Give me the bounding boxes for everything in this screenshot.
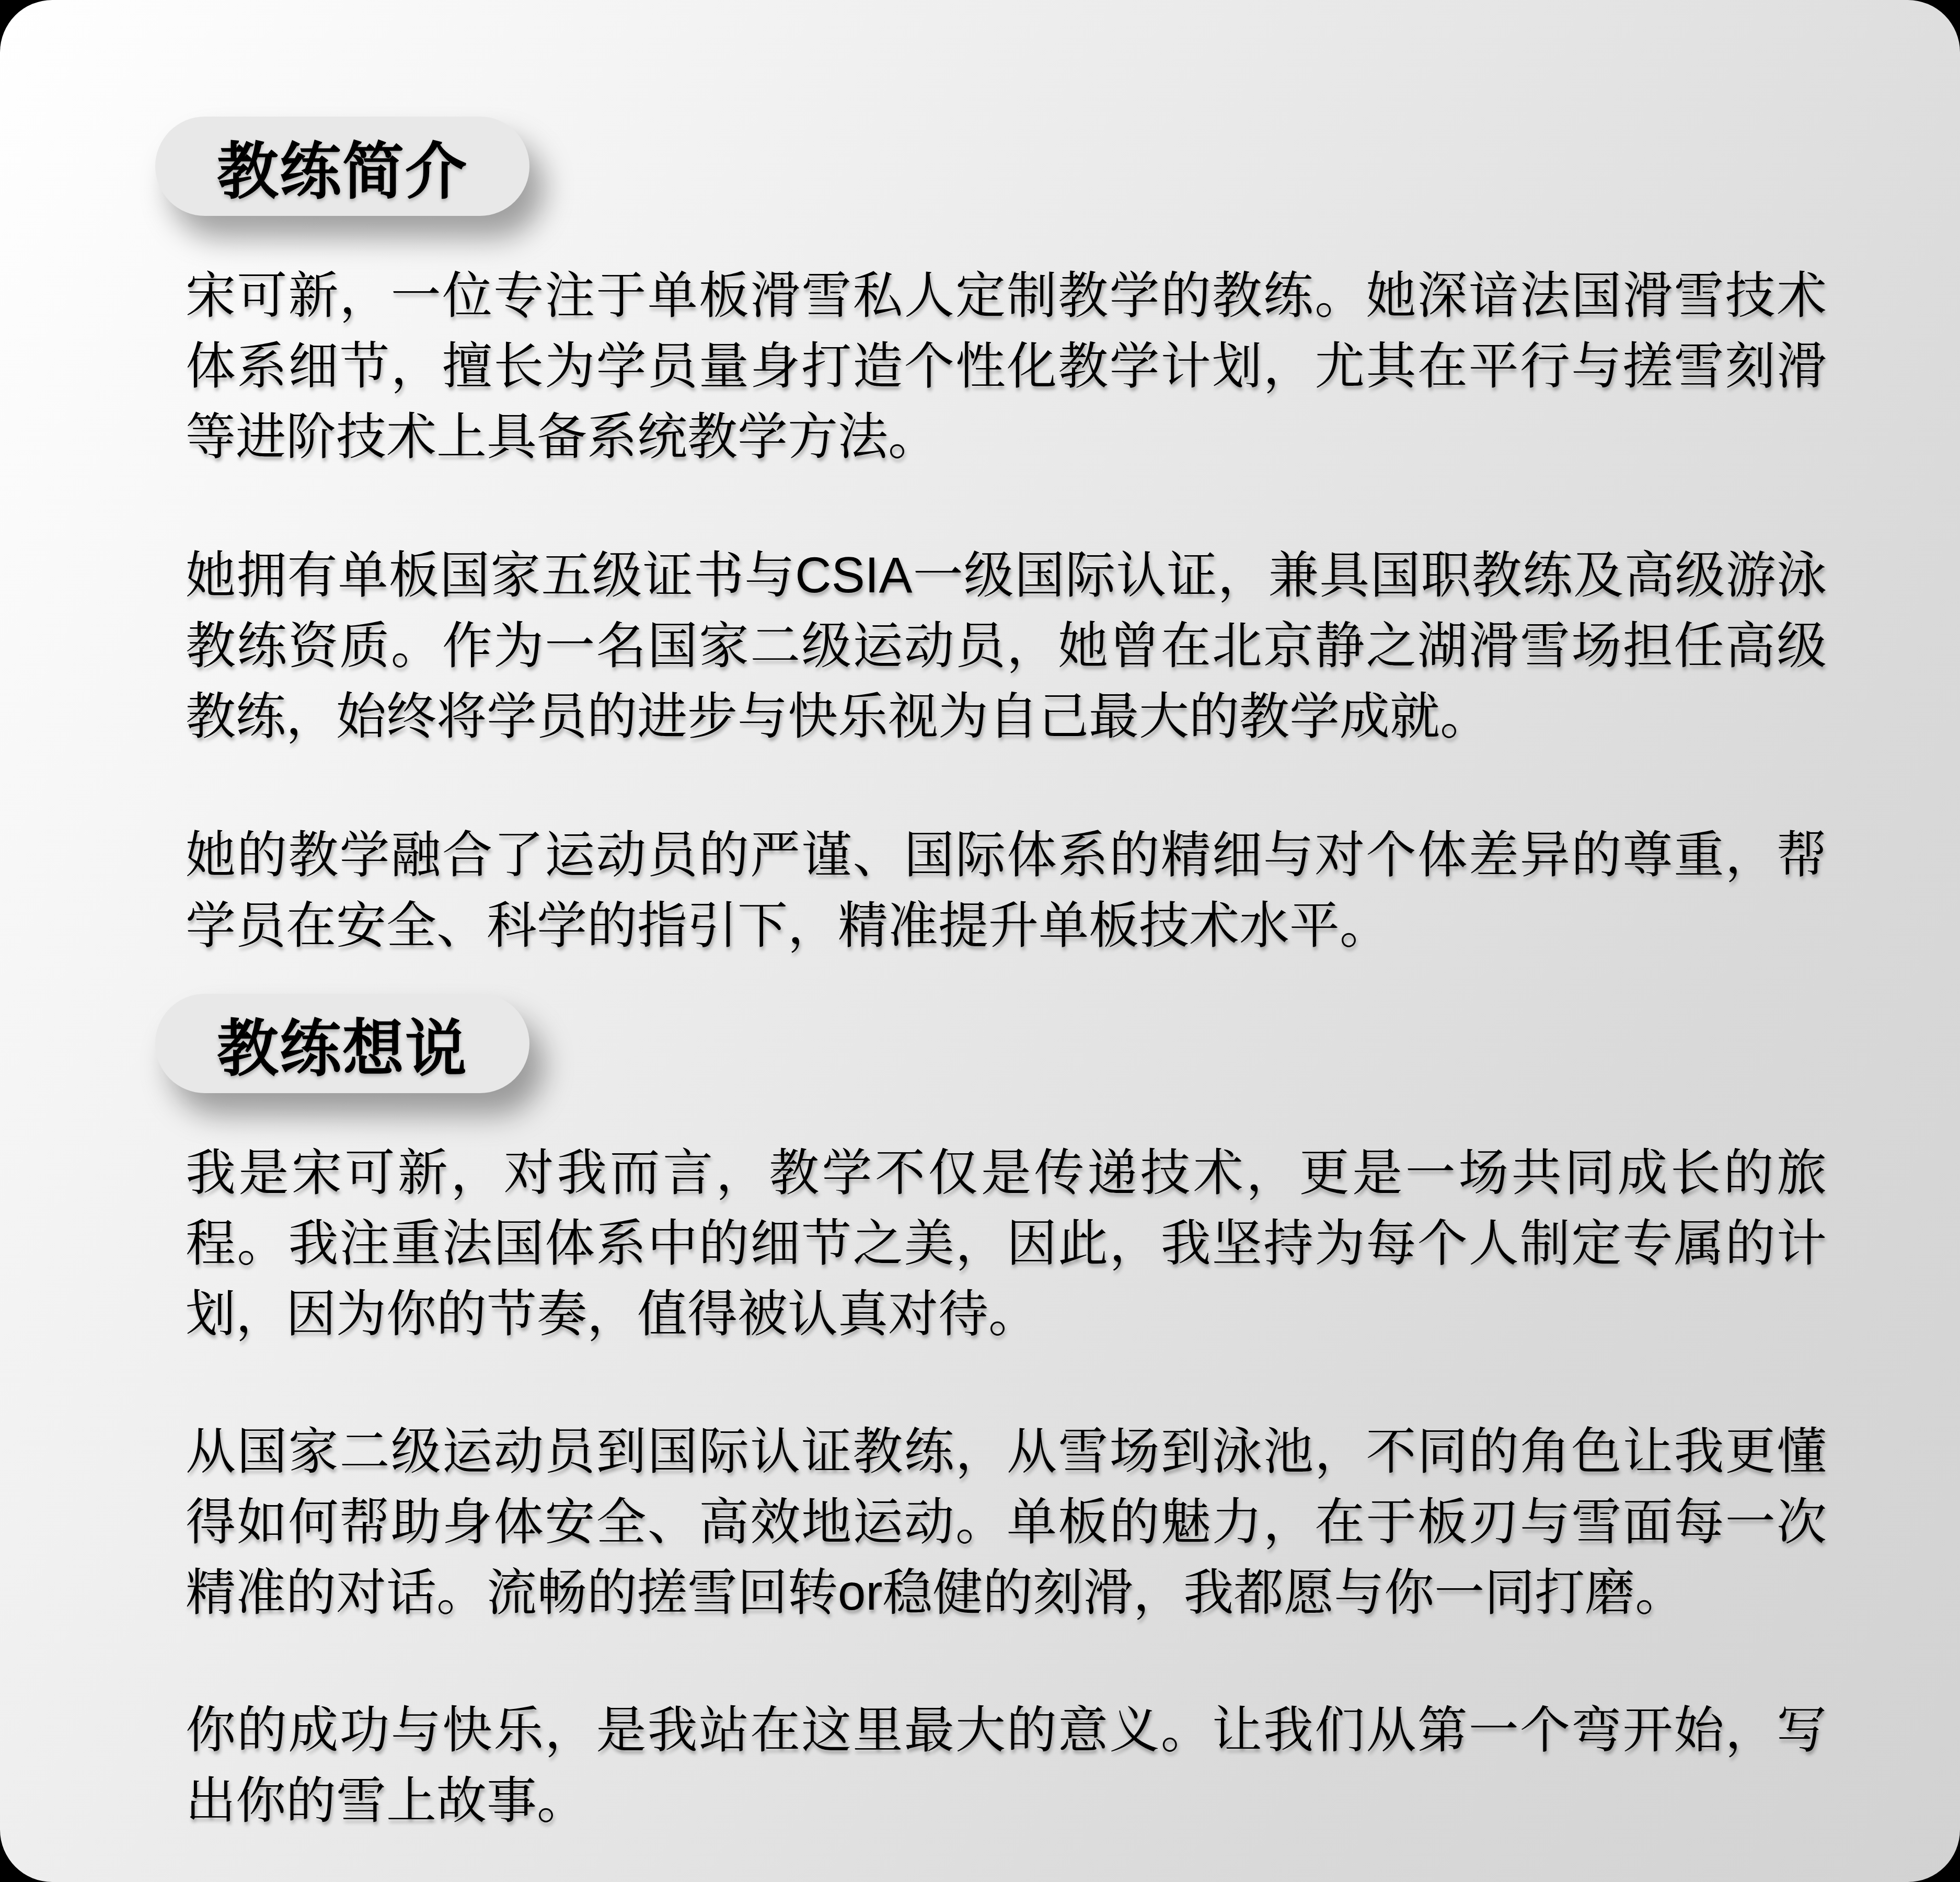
badge-coach-intro-label: 教练简介: [217, 122, 468, 211]
badge-coach-intro: 教练简介: [155, 117, 529, 216]
coach-intro-paragraph-2: 她拥有单板国家五级证书与CSIA一级国际认证，兼具国职教练及高级游泳教练资质。作…: [186, 540, 1827, 752]
coach-message-paragraph-3: 你的成功与快乐，是我站在这里最大的意义。让我们从第一个弯开始，写出你的雪上故事。: [186, 1695, 1827, 1836]
coach-profile-card: 教练简介 宋可新，一位专注于单板滑雪私人定制教学的教练。她深谙法国滑雪技术体系细…: [0, 0, 1960, 1882]
coach-intro-paragraph-3: 她的教学融合了运动员的严谨、国际体系的精细与对个体差异的尊重，帮学员在安全、科学…: [186, 820, 1827, 961]
section-coach-intro: 教练简介 宋可新，一位专注于单板滑雪私人定制教学的教练。她深谙法国滑雪技术体系细…: [0, 117, 1960, 961]
badge-coach-message-label: 教练想说: [217, 999, 468, 1088]
coach-message-paragraph-2: 从国家二级运动员到国际认证教练，从雪场到泳池，不同的角色让我更懂得如何帮助身体安…: [186, 1416, 1827, 1628]
section-coach-message: 教练想说 我是宋可新，对我而言，教学不仅是传递技术，更是一场共同成长的旅程。我注…: [0, 994, 1960, 1836]
badge-coach-message: 教练想说: [155, 994, 529, 1093]
coach-message-paragraph-1: 我是宋可新，对我而言，教学不仅是传递技术，更是一场共同成长的旅程。我注重法国体系…: [186, 1138, 1827, 1349]
coach-intro-paragraph-1: 宋可新，一位专注于单板滑雪私人定制教学的教练。她深谙法国滑雪技术体系细节，擅长为…: [186, 260, 1827, 472]
